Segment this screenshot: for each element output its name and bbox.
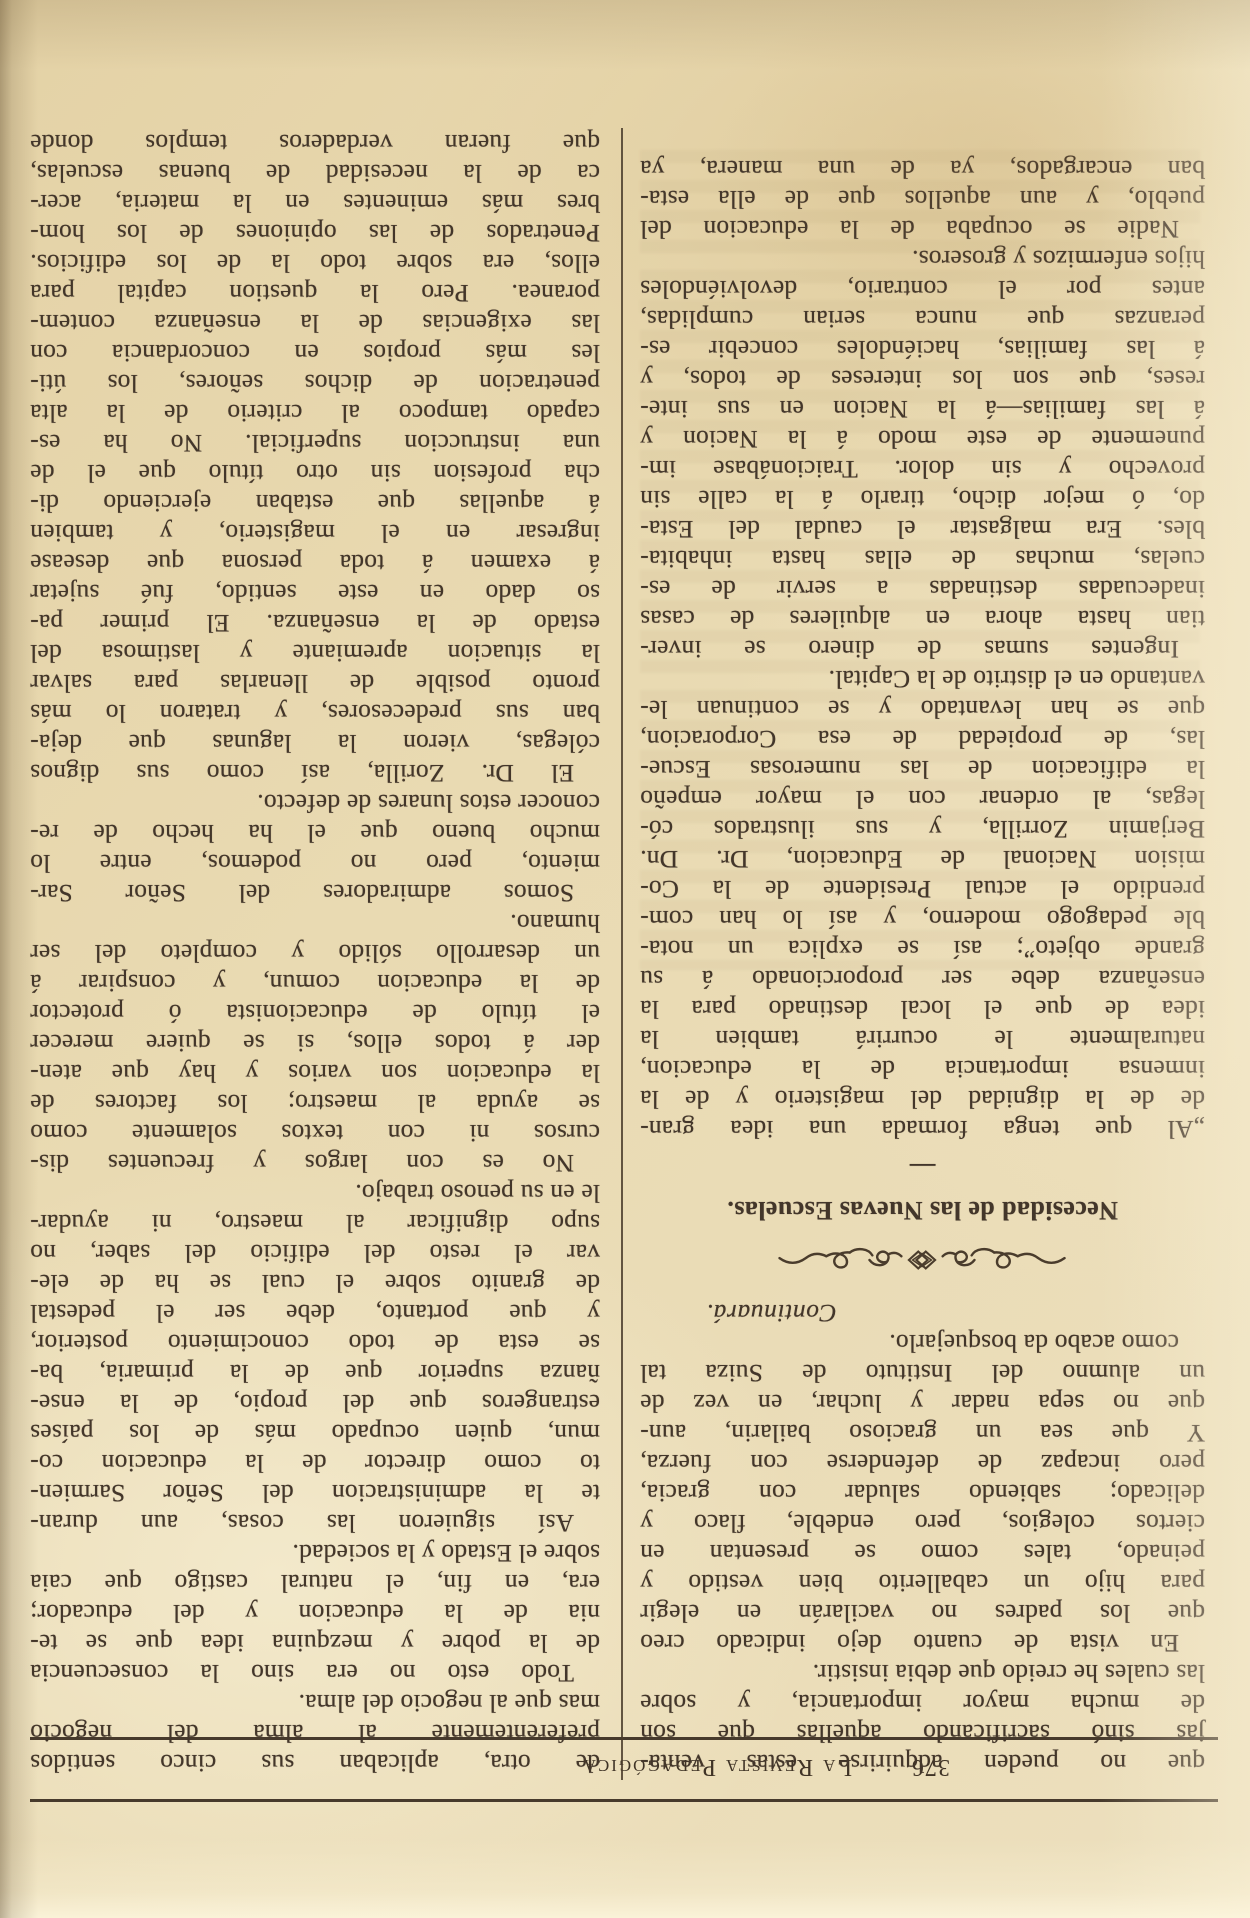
text-line: conocer estos lunares de defecto. — [30, 788, 600, 818]
text-line: ciertos colegios, pero endeble, flaco y — [640, 1508, 1205, 1538]
text-line: la edificacion de las numerosas Escue- — [640, 754, 1205, 784]
text-line: para hijo un caballerito bien vestido y — [640, 1568, 1205, 1598]
text-line: El Dr. Zorilla, así como sus dignos — [30, 758, 600, 788]
text-line: las, de propiedad de esa Corporacion, — [640, 724, 1205, 754]
text-line: provecho y sin dolor. Traicionábase im- — [640, 454, 1205, 484]
text-line: se esta de todo conocimiento posterior, — [30, 1328, 600, 1358]
text-line: Ingentes sumas de dinero se inver- — [640, 634, 1205, 664]
ornament-divider — [640, 1236, 1205, 1280]
text-line: Somos admiradores del Señor Sar- — [30, 878, 600, 908]
text-line: En vista de cuanto dejo indicado creo — [640, 1628, 1205, 1658]
text-line: les más propios en concordancia con — [30, 338, 600, 368]
text-line: estado de la enseñanza. El primer pa- — [30, 608, 600, 638]
text-line: capado tampoco al criterio de la alta — [30, 398, 600, 428]
text-line: bles. Era malgastar el caudal del Esta- — [640, 514, 1205, 544]
text-line: que no sepa nadar y luchar, en vez de — [640, 1388, 1205, 1418]
text-line: ban encargados, ya de una manera, ya — [640, 154, 1205, 184]
text-line: pueblo, y aun aquellos que de ella esta- — [640, 184, 1205, 214]
ornament-flourish-icon — [773, 1240, 1073, 1280]
text-line: de mucha mayor importancia, y sobre — [640, 1688, 1205, 1718]
text-line: era, en fin, el natural castigo que caia — [30, 1568, 600, 1598]
text-line: ca de la necesidad de buenas escuelas, — [30, 158, 600, 188]
text-line: que no pueden adquirirse estas venta- — [640, 1748, 1205, 1778]
text-line: le en su penoso trabajo. — [30, 1178, 600, 1208]
text-line: se ayuda al maestro; los factores de — [30, 1088, 600, 1118]
text-line: enseñanza debe ser proporcionado á su — [640, 964, 1205, 994]
text-line: las cuales he creido que debia insistir. — [640, 1658, 1205, 1688]
text-line: mas que al negocio del alma. — [30, 1688, 600, 1718]
article-title: Necesidad de las Nuevas Escuelas. — [640, 1194, 1205, 1226]
text-line: la educacion son varios y hay que aten- — [30, 1058, 600, 1088]
text-line: un alumno del Instituto de Suiza tal — [640, 1358, 1205, 1388]
text-line: una instruccion superficial. No ha es- — [30, 428, 600, 458]
continuation-note: Continuará. — [640, 1298, 1205, 1328]
text-line: humano. — [30, 908, 600, 938]
text-line: un desarrollo sólido y completo del ser — [30, 938, 600, 968]
text-line: á las familias, haciéndoles concebir es- — [640, 334, 1205, 364]
text-line: idea de que el local destinado para la — [640, 994, 1205, 1024]
column-right: de otra, aplicaban sus cinco sentidospre… — [30, 128, 600, 1778]
text-line: do, ó mejor dicho, tirarlo á la calle si… — [640, 484, 1205, 514]
text-line: Berjamin Zorrilla, y sus ilustrados có- — [640, 814, 1205, 844]
text-line: hijos enfermizos y groseros. — [640, 244, 1205, 274]
text-line: peranzas que nunca serian cumplidas, — [640, 304, 1205, 334]
text-line: mun, quien ocupado más de los países — [30, 1418, 600, 1448]
text-line: vantando en el distrito de la Capital. — [640, 664, 1205, 694]
text-line: Todo esto no era sino la consecuencia — [30, 1658, 600, 1688]
text-line: á las familias—á la Nacion en sus inte- — [640, 394, 1205, 424]
text-line: to como director de la educacion co- — [30, 1448, 600, 1478]
text-line: penetracion de dichos señores, los úti- — [30, 368, 600, 398]
column-left: que no pueden adquirirse estas venta-jas… — [640, 154, 1205, 1778]
text-line: cursos ni con textos solamente como — [30, 1118, 600, 1148]
text-line: de otra, aplicaban sus cinco sentidos — [30, 1748, 600, 1778]
text-line: inmensa importancia de la educacion, — [640, 1054, 1205, 1084]
section-divider-dash: — — [640, 1150, 1205, 1180]
text-line: ble pedagogo moderno, y así lo han com- — [640, 904, 1205, 934]
text-line: delicado; sabiendo saludar con gracia, — [640, 1478, 1205, 1508]
text-line: var el resto del edificio del saber, no — [30, 1238, 600, 1268]
text-line: y que portanto, debe ser el pedestal — [30, 1298, 600, 1328]
text-line: supo dignificar al maestro, ni ayudar- — [30, 1208, 600, 1238]
text-line: reses, que son los intereses de todos, y — [640, 364, 1205, 394]
text-line: cólegas, vieron la lagunas que deja- — [30, 728, 600, 758]
text-line: ellos, era sobre todo la de los edificio… — [30, 248, 600, 278]
text-line: ban sus predecesores, y trataron lo más — [30, 698, 600, 728]
text-line: el título de educacionista ó protector — [30, 998, 600, 1028]
text-line: peinado, tales como se presentan en — [640, 1538, 1205, 1568]
text-line: que los padres no vacilarán en elegir — [640, 1598, 1205, 1628]
text-line: jas sinó sacrificando aquellas que son — [640, 1718, 1205, 1748]
text-line: nia de la educacion y del educador; — [30, 1598, 600, 1628]
text-line: que se han levantado y se continuan le- — [640, 694, 1205, 724]
text-line: prendido el actual Presidente de la Co- — [640, 874, 1205, 904]
text-line: antes por el contrario, devolviéndoles — [640, 274, 1205, 304]
text-line: de la educacion comun, y conspirar á — [30, 968, 600, 998]
text-line: miento, pero no podemos, entre lo — [30, 848, 600, 878]
text-line: der á todos ellos, si se quiere merecer — [30, 1028, 600, 1058]
text-line: bres más eminentes en la materia, acer- — [30, 188, 600, 218]
header-rule-top — [30, 1799, 1218, 1802]
column-divider-rule — [621, 128, 623, 1780]
text-line: Y que sea un gracioso bailarin, aun- — [640, 1418, 1205, 1448]
journal-page-rotated-180: 376 La Revista Pedagógica que no pueden … — [0, 0, 1250, 1918]
text-line: grande objeto”; así se explica un nota- — [640, 934, 1205, 964]
text-line: cuelas, muchas de ellas hasta inhabita- — [640, 544, 1205, 574]
text-line: á examen á toda persona que desease — [30, 548, 600, 578]
text-line: te la administracion del Señor Sarmien- — [30, 1478, 600, 1508]
text-line: á aquellas que estaban ejerciendo di- — [30, 488, 600, 518]
text-line: ingresar en el magisterio, y tambien — [30, 518, 600, 548]
text-line: poranea. Pero la question capital para — [30, 278, 600, 308]
text-line: pero incapaz de defenderse con fuerza, — [640, 1448, 1205, 1478]
text-line: mucho bueno que el ha hecho de re- — [30, 818, 600, 848]
text-line: como acabo da bosquejarlo. — [640, 1328, 1205, 1358]
text-line: Penetrados de las opiniones de los hom- — [30, 218, 600, 248]
text-line: estrangeros que del propio, de la ense- — [30, 1388, 600, 1418]
text-line: que fueran verdaderos templos donde — [30, 128, 600, 158]
running-head: 376 La Revista Pedagógica — [0, 1782, 1250, 1862]
text-line: ñanza superior que de la primaria, ba- — [30, 1358, 600, 1388]
text-line: „Al que tenga formada una idea gran- — [640, 1114, 1205, 1144]
text-line: de la pobre y mezquina idea que se te- — [30, 1628, 600, 1658]
text-line: la situacion apremiante y lastimosa del — [30, 638, 600, 668]
text-line: inadecuadas destinadas a servir de es- — [640, 574, 1205, 604]
text-line: cha profesion sin otro título que el de — [30, 458, 600, 488]
text-line: Así siguieron las cosas, aun duran- — [30, 1508, 600, 1538]
text-line: de de la dignidad del magisterio y de la — [640, 1084, 1205, 1114]
text-line: preferentemente al alma del negocio — [30, 1718, 600, 1748]
text-line: so dado en este sentido, fué sujetar — [30, 578, 600, 608]
text-line: punemente de este modo á la Nacion y — [640, 424, 1205, 454]
text-line: No es con largos y frecuentes dis- — [30, 1148, 600, 1178]
text-line: mision Nacional de Educacion, Dr. Dn. — [640, 844, 1205, 874]
text-line: Nadie se ocupaba de la educacion del — [640, 214, 1205, 244]
text-line: legas, al ordenar con el mayor empeño — [640, 784, 1205, 814]
page-scan: 376 La Revista Pedagógica que no pueden … — [0, 0, 1250, 1918]
text-line: tian hasta ahora en alquileres de casas — [640, 604, 1205, 634]
text-line: de granito sobre el cual se ha de ele- — [30, 1268, 600, 1298]
text-line: las exigencias de la enseñanza contem- — [30, 308, 600, 338]
text-line: pronto posible de llenarlas para salvar — [30, 668, 600, 698]
text-line: naturalmente le ocurrirá tambien la — [640, 1024, 1205, 1054]
text-line: sobre el Estado y la sociedad. — [30, 1538, 600, 1568]
